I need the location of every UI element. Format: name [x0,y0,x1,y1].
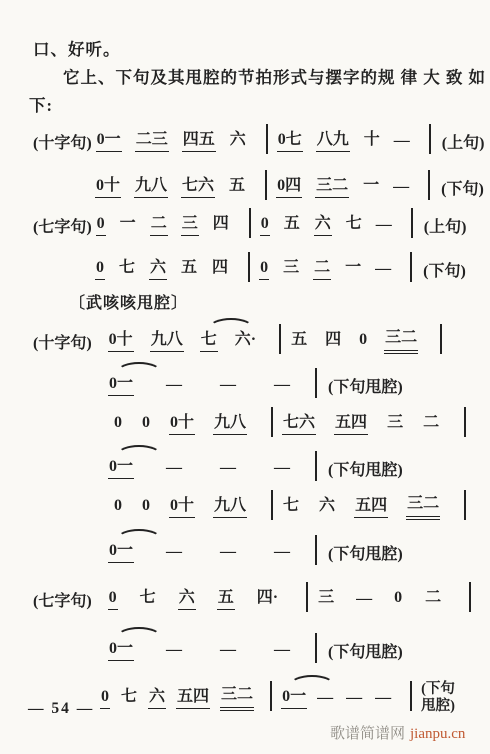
sustain-dash: — [274,459,290,477]
notation-char: 四 [211,258,229,279]
notation-char: 三 [282,258,300,279]
watermark-domain-link[interactable]: jianpu.cn [410,726,465,742]
sustain-dash: — [166,376,182,394]
phrase-label: (上句) [424,214,467,237]
notation-char: 0 [100,687,110,709]
notation-char: 0 [358,330,368,351]
notation-char: 0一 [108,639,134,661]
notation-char: 九八 [150,330,184,352]
notation-char: 三 [386,413,404,434]
notation-char: 0四 [276,176,302,198]
sustain-dash: — [274,641,290,659]
notation-char: 六 [229,130,247,151]
phrase-label: (上句) [442,130,485,153]
sustain-dash: — [166,459,182,477]
notation-char: 0十 [108,330,134,352]
notation-char: 0十 [169,496,195,518]
phrase-label: (下句) [441,176,484,199]
notation-char: 三二 [406,494,440,519]
notation-char: 六 [178,588,196,610]
notation-char: 0 [393,588,403,609]
barline [440,324,442,354]
sustain-dash: — [274,376,290,394]
sustain-dash: — [346,689,362,707]
music-line-shuaiqiang-8: 0一———(下句甩腔) [108,633,407,677]
watermark-site-name: 歌谱简谱网 [330,726,405,742]
notation-char: 四· [256,588,279,609]
paragraph-ending: 口、好听。 [33,36,121,60]
notation-char: 七六 [181,176,215,198]
paragraph-intro-line1: 它上、下句及其甩腔的节拍形式与摆字的规 律 大 致 如 [63,64,486,88]
music-line-shuaiqiang-2: 0一———(下句甩腔) [108,368,407,412]
notation-char: 0一 [108,541,134,563]
phrase-label: (下句甩腔) [328,457,403,480]
notation-char: 六· [234,330,257,351]
notation-char: 八九 [316,130,350,152]
notation-char: 0 [113,496,123,517]
barline [429,124,431,154]
notation-char: 0一 [96,130,122,152]
book-page: 口、好听。 它上、下句及其甩腔的节拍形式与摆字的规 律 大 致 如 下: (十字… [0,0,490,754]
notation-char: 五 [217,588,235,610]
music-line-shuaiqiang-4: 0一———(下句甩腔) [108,451,407,495]
sustain-dash: — [376,216,392,234]
sustain-dash: — [317,689,333,707]
notation-char: 九八 [134,176,168,198]
notation-char: 0 [141,413,151,434]
barline [410,681,412,711]
notation-char: 0 [260,214,270,236]
barline [271,407,273,437]
notation-char: 三 [181,214,199,236]
music-line-shuaiqiang-6: 0一———(下句甩腔) [108,535,407,579]
notation-char: 二 [150,214,168,236]
notation-char: 五 [180,258,198,279]
notation-char: 0 [108,588,118,610]
barline [265,170,267,200]
barline [428,170,430,200]
notation-char: 0 [96,214,106,236]
sustain-dash: — [375,260,391,278]
notation-char: 七 [120,687,138,708]
notation-char: 七 [118,258,136,279]
notation-char: 二三 [135,130,169,152]
barline [411,208,413,238]
watermark: 歌谱简谱网jianpu.cn [330,722,465,743]
phrase-label: (七字句) [33,588,92,611]
barline [464,490,466,520]
phrase-label: (下句甩腔) [328,639,403,662]
notation-char: 二 [313,258,331,280]
sustain-dash: — [166,641,182,659]
barline [279,324,281,354]
notation-char: 0一 [281,687,307,709]
phrase-label: (七字句) [33,214,92,237]
music-line-shuaiqiang-7: (七字句)0七六五四·三—0二 [33,582,480,626]
notation-char: 五 [283,214,301,235]
notation-char: 四 [324,330,342,351]
notation-char: 三二 [384,328,418,353]
notation-char: 三二 [315,176,349,198]
notation-char: 五四 [176,687,210,709]
notation-char: 三 [317,588,335,609]
sustain-dash: — [393,178,409,196]
barline [315,633,317,663]
notation-char: 五 [228,176,246,197]
notation-char: 五 [290,330,308,351]
notation-char: 九八 [213,496,247,518]
page-number: — 54 — [28,700,94,718]
sustain-dash: — [220,376,236,394]
notation-char: 六 [149,258,167,280]
barline [271,490,273,520]
barline [315,368,317,398]
section-header: 〔武咳咳甩腔〕 [69,290,188,313]
phrase-label: (下句甩腔) [328,374,403,397]
barline [248,252,250,282]
music-line-shuaiqiang-1: (十字句)0十九八七六·五四0三二 [33,324,451,368]
notation-char: 六 [148,687,166,709]
barline [315,535,317,565]
notation-char: 四五 [182,130,216,152]
notation-char: 二 [424,588,442,609]
notation-char: 五四 [334,413,368,435]
barline [469,582,471,612]
notation-char: 七 [200,330,218,352]
notation-char: 七 [345,214,363,235]
notation-char: 0十 [169,413,195,435]
paragraph-intro-line2: 下: [29,92,53,116]
barline [315,451,317,481]
notation-char: 0一 [108,374,134,396]
sustain-dash: — [274,543,290,561]
notation-char: 0一 [108,457,134,479]
barline [270,681,272,711]
sustain-dash: — [166,543,182,561]
music-line-shuaiqiang-9: 0七六五四三二0一———(下句甩腔) [100,681,455,725]
phrase-label: (十字句) [33,130,92,153]
music-line-shizi-upper: (十字句)0一二三四五六0七八九十—(上句) [33,124,488,168]
notation-char: 二 [422,413,440,434]
music-line-qizi-upper: (七字句)0一二三四0五六七—(上句) [33,208,470,252]
notation-char: 0 [141,496,151,517]
notation-char: 五四 [354,496,388,518]
phrase-label: (下句) [423,258,466,281]
barline [306,582,308,612]
sustain-dash: — [220,459,236,477]
notation-char: 六 [314,214,332,236]
notation-char: 一 [344,258,362,279]
notation-char: 0 [259,258,269,280]
notation-char: 七 [282,496,300,517]
phrase-label-stacked: (下句甩腔) [421,681,455,714]
notation-char: 四 [212,214,230,235]
notation-char: 六 [318,496,336,517]
notation-char: 十 [363,130,381,151]
notation-char: 一 [119,214,137,235]
notation-char: 七 [139,588,157,609]
notation-char: 七六 [282,413,316,435]
notation-char: 三二 [220,685,254,710]
notation-char: 0 [113,413,123,434]
sustain-dash: — [220,641,236,659]
music-line-shuaiqiang-5: 000十九八七六五四三二 [113,490,475,534]
tie-arc [117,627,161,646]
barline [266,124,268,154]
notation-char: 一 [362,176,380,197]
barline [410,252,412,282]
phrase-label: (十字句) [33,330,92,353]
sustain-dash: — [220,543,236,561]
sustain-dash: — [375,689,391,707]
sustain-dash: — [356,590,372,608]
sustain-dash: — [394,132,410,150]
phrase-label: (下句甩腔) [328,541,403,564]
barline [249,208,251,238]
notation-char: 0十 [95,176,121,198]
notation-char: 0七 [277,130,303,152]
notation-char: 九八 [213,413,247,435]
notation-char: 0 [95,258,105,280]
music-line-shuaiqiang-3: 000十九八七六五四三二 [113,407,475,451]
barline [464,407,466,437]
